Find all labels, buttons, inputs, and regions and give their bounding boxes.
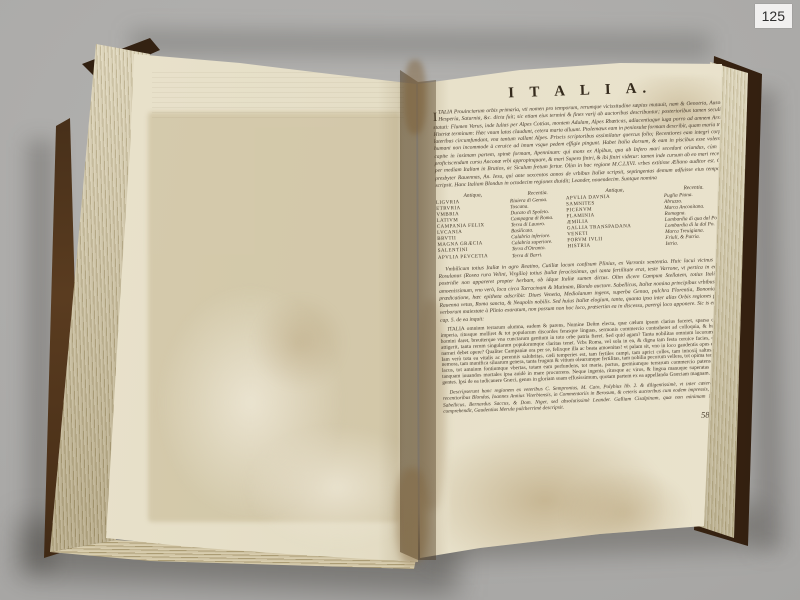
pliny-quote-paragraph: ITALIA omnium terrarum alumna, eadem & p… — [440, 318, 738, 387]
region-recentia-name: Terra di Barri. — [512, 251, 568, 259]
intro-paragraph: ITALIA Prouinciarum orbis primaria, vti … — [433, 100, 732, 191]
photo-of-open-book: I T A L I A. ITALIA Prouinciarum orbis p… — [0, 0, 800, 600]
umbilicum-paragraph: Vmbilicum totius Italiæ in agro Reatino,… — [438, 256, 736, 325]
left-page-dark-spot — [252, 295, 347, 390]
viewer-page-number-tag: 125 — [755, 4, 792, 28]
left-page-showthrough-lines — [152, 72, 404, 118]
region-table-group-1: Antiqua, Recentia. LIGVRIA Riuiera di Ge… — [436, 190, 568, 262]
gutter-stain-bottom — [396, 468, 428, 564]
book-shadow-top — [130, 30, 710, 58]
region-name-table: Antiqua, Recentia. LIGVRIA Riuiera di Ge… — [436, 184, 734, 262]
region-rows: APVLIA DAVNIA Puglia Piana. SAMNITES Abr… — [566, 191, 726, 251]
region-table-group-2: Antiqua, Recentia. APVLIA DAVNIA Puglia … — [566, 184, 726, 257]
region-rows: LIGVRIA Riuiera di Genoa. ETRVRIA Toscan… — [436, 196, 568, 261]
intro-paragraph-text: TALIA Prouinciarum orbis primaria, vti n… — [433, 100, 731, 189]
gutter-stain-top — [404, 60, 426, 134]
printed-text-block: I T A L I A. ITALIA Prouinciarum orbis p… — [432, 78, 740, 429]
region-antiqua-name: APVLIA PEVCETIA — [438, 253, 512, 262]
